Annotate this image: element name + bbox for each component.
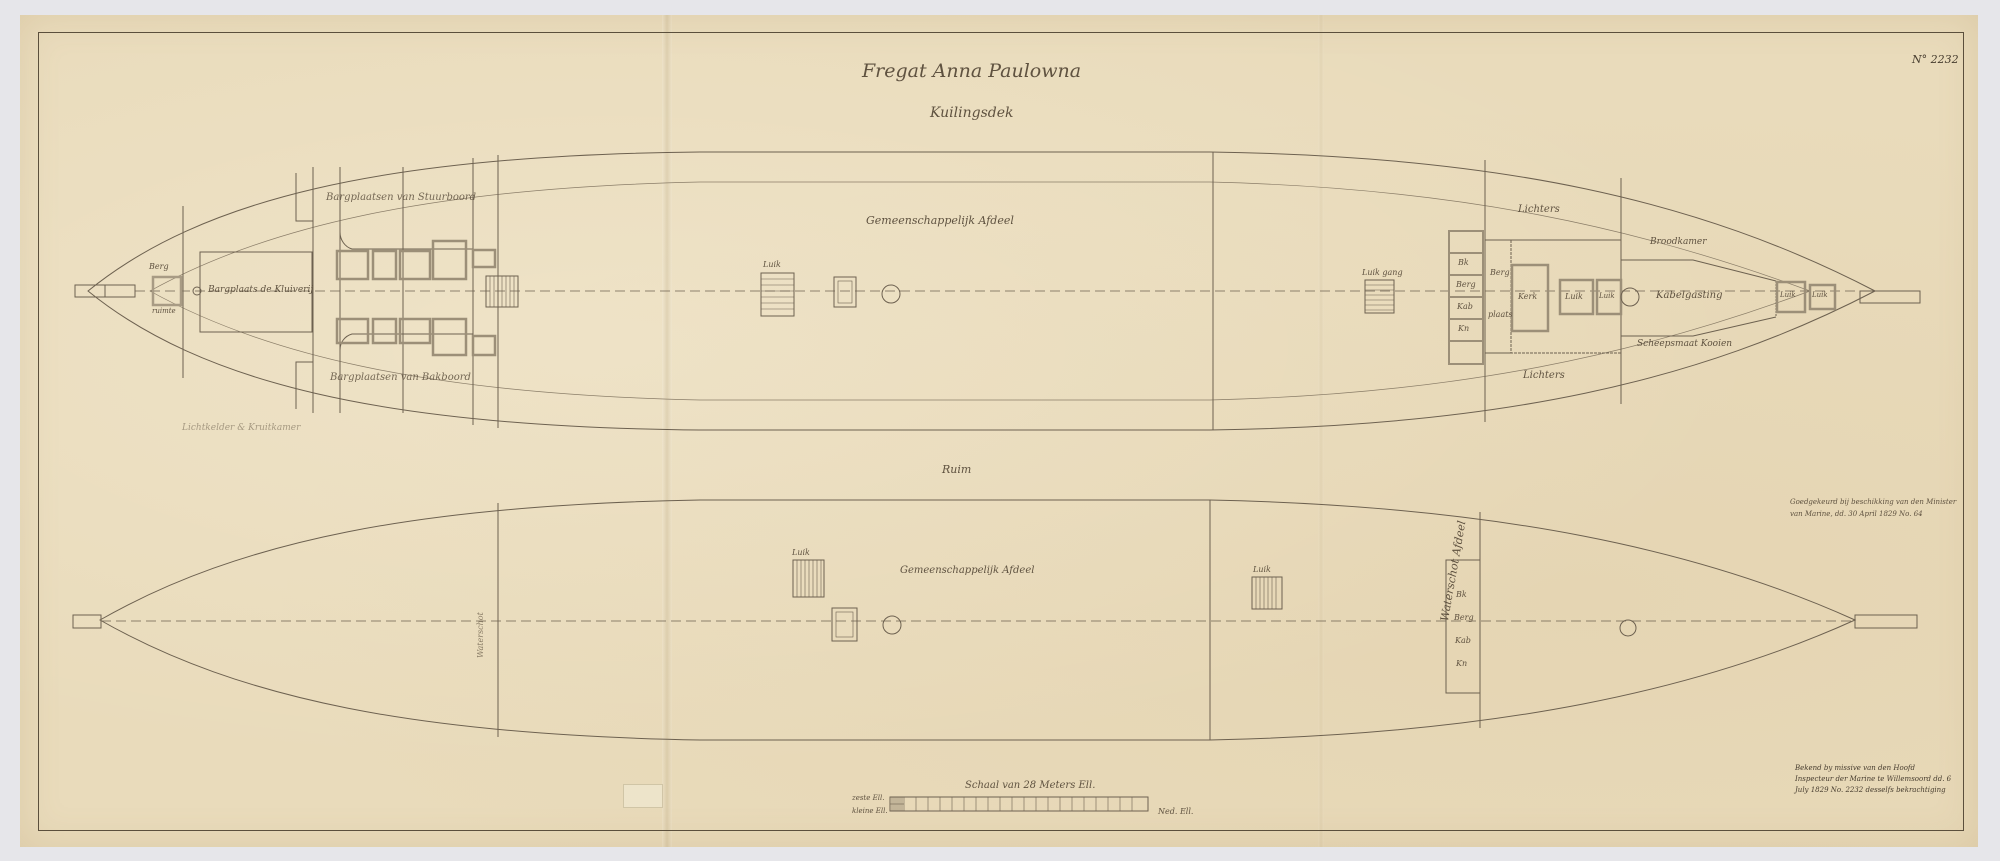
document-title: Fregat Anna Paulowna — [862, 60, 1081, 82]
label-bow-berth-starboard: Bargplaatsen van Stuurboord — [326, 192, 476, 203]
label-aft-left-sub: plaats — [1488, 310, 1513, 319]
scale-left-bottom: kleine Ell. — [852, 807, 888, 815]
label-aft-room2: Luik — [1565, 292, 1583, 301]
label-hold-aft-2: Berg — [1454, 613, 1474, 622]
label-aft-room1: Kerk — [1518, 292, 1537, 301]
label-aft-left: Berg — [1490, 268, 1510, 277]
label-bow-small-sub: ruimte — [152, 307, 176, 315]
label-aft-block-4: Kn — [1458, 324, 1469, 333]
label-aft-block-2: Berg — [1456, 280, 1476, 289]
label-hold-hatch-fore: Luik — [792, 548, 810, 557]
pencil-note: Lichtkelder & Kruitkamer — [182, 423, 300, 433]
label-hold-fore-vertical: Waterschot — [476, 612, 485, 658]
label-aft-room3: Luik — [1599, 292, 1615, 300]
label-aft-block-3: Kab — [1457, 302, 1473, 311]
label-hold-aft-3: Kab — [1455, 636, 1471, 645]
label-hold-hatch-aft: Luik — [1253, 565, 1271, 574]
label-aft-hatch2: Luik — [1812, 291, 1828, 299]
label-aft-center: Kabelgasting — [1656, 290, 1723, 301]
label-midship-hold: Gemeenschappelijk Afdeel — [900, 565, 1034, 576]
label-aft-cabin-top: Lichters — [1518, 204, 1560, 215]
label-aft-block-1: Bk — [1458, 258, 1469, 267]
hold-plan — [73, 500, 1917, 740]
label-hold-aft-1: Bk — [1456, 590, 1467, 599]
scale-bar — [890, 797, 1148, 811]
label-aft-store-bottom: Scheepsmaat Kooien — [1637, 339, 1732, 349]
upper-plan-heading: Kuilingsdek — [930, 105, 1014, 121]
label-bow-berth-port: Bargplaatsen van Bakboord — [330, 372, 471, 383]
label-aft-cabin-bottom: Lichters — [1523, 370, 1565, 381]
inventory-number: N° 2232 — [1912, 53, 1959, 66]
label-hold-aft-4: Kn — [1456, 659, 1467, 668]
label-midship-upper: Gemeenschappelijk Afdeel — [866, 214, 1014, 227]
label-aft-store-top: Broodkamer — [1650, 237, 1707, 247]
scale-title: Schaal van 28 Meters Ell. — [965, 780, 1095, 791]
label-bow-hold: Bargplaats de Kluiverij — [208, 285, 313, 295]
scale-right-label: Ned. Ell. — [1158, 807, 1193, 816]
label-hatch-aft: Luik gang — [1362, 268, 1403, 277]
lower-plan-heading: Ruim — [942, 463, 971, 476]
label-aft-hatch1: Luik — [1780, 291, 1796, 299]
scale-left-top: zeste Ell. — [852, 794, 884, 802]
annotation-approval: Goedgekeurd bij beschikking van den Mini… — [1790, 496, 1960, 520]
label-hatch-fore: Luik — [763, 260, 781, 269]
label-bow-small: Berg — [149, 262, 169, 271]
annotation-signature: Bekend by missive van den Hoofd Inspecte… — [1795, 763, 1955, 796]
